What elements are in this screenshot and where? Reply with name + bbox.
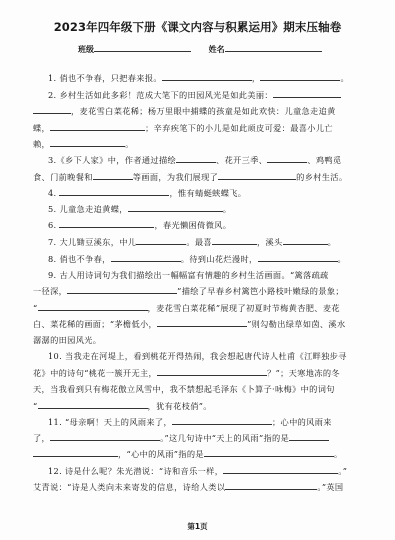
answer-blank[interactable] (258, 253, 338, 262)
question-text: 11. “母亲啊！天上的风雨来了， (48, 417, 172, 427)
question-text: 。 (223, 204, 232, 214)
question-text: 。 (125, 139, 134, 149)
question-text: 8. 俏也不争春， (48, 254, 111, 264)
question-line: 花》中的诗句“桃花一簇开无主，？”；天寒地冻的冬 (33, 367, 363, 379)
name-label: 姓名 (209, 44, 225, 55)
answer-blank[interactable] (225, 481, 317, 490)
question-line: ，“心中的风雨”指的是。 (33, 448, 363, 460)
answer-blank[interactable] (59, 219, 154, 228)
question-text: ，惟有蜻蜓蛱蝶飞。 (169, 188, 246, 198)
answer-blank[interactable] (128, 203, 223, 212)
question-text: 、花开三季、 (216, 155, 267, 165)
question-text: 2. 乡村生活如此多彩！范成大笔下的田园风光是如此美丽： (48, 90, 273, 100)
question-line: 10. 当我走在河堤上，看到桃花开得热闹，我会想起唐代诗人杜甫《江畔独步寻 (48, 350, 378, 362)
answer-blank[interactable] (38, 400, 148, 409)
question-text: 6. (48, 220, 59, 230)
class-label: 班级 (78, 44, 94, 55)
answer-blank[interactable] (67, 285, 177, 294)
question-text: 食、门前晚餐和 (33, 172, 93, 182)
answer-blank[interactable] (33, 105, 71, 114)
question-line: 6. ，春光懒困倚微风。 (48, 219, 378, 231)
answer-blank[interactable] (111, 253, 181, 262)
question-line: “，犹有花枝俏”。 (33, 400, 363, 412)
question-text: 花》中的诗句“桃花一簇开无主， (33, 368, 157, 378)
question-text: ，麦花雪白菜花稀；杨万里眼中捕蝶的孩童是如此欢快：儿童急走追黄 (71, 106, 336, 116)
question-line: 4. ，惟有蜻蜓蛱蝶飞。 (48, 187, 378, 199)
answer-blank[interactable] (157, 367, 267, 376)
question-text: 的乡村生活。 (296, 172, 347, 182)
question-text: 1. 俏也不争春，只把春来报。 (48, 73, 162, 83)
answer-blank[interactable] (172, 416, 272, 425)
question-line: 3.《乡下人家》中，作者通过描绘、花开三季、、鸡鸭觅 (48, 154, 378, 166)
question-text: 12. 诗是什么呢？朱光潜说：“诗和音乐一样， (48, 466, 223, 476)
answer-blank[interactable] (273, 89, 341, 98)
question-line: 食、门前晚餐和等画面，为我们展现了的乡村生活。 (33, 171, 363, 183)
class-field[interactable] (94, 42, 191, 52)
question-text: ， (252, 73, 261, 83)
question-text: 潺潺的田园风光。 (33, 335, 101, 345)
student-info: 班级 姓名 (78, 42, 322, 55)
answer-blank[interactable] (157, 318, 247, 327)
question-text: 7. 大儿锄豆溪东，中儿 (48, 237, 136, 247)
question-line: 赖，。 (33, 138, 363, 150)
question-text: 等画面，为我们展现了 (133, 172, 218, 182)
question-text: ，麦花雪白菜花稀”展现了初夏时节梅黄杏肥、麦花 (148, 303, 340, 313)
question-line: 11. “母亲啊！天上的风雨来了，；心中的风雨来 (48, 416, 378, 428)
exam-page: 2023年四年级下册《课文内容与积累运用》期末压轴卷 班级 姓名 1. 俏也不争… (0, 0, 395, 540)
question-line: 天，当我看到只有梅花傲立风雪中，我不禁想起毛泽东《卜算子·咏梅》中的词句 (33, 383, 363, 395)
page-number: 第1页 (0, 521, 395, 532)
question-text: 赖， (33, 139, 50, 149)
answer-blank[interactable] (176, 154, 216, 163)
answer-blank[interactable] (93, 171, 133, 180)
question-text: 。” (338, 466, 347, 476)
question-text: 蝶， (33, 123, 50, 133)
question-line: 蝶，；辛弃疾笔下的小儿是如此顽皮可爱：最喜小儿亡 (33, 122, 363, 134)
question-text: 了， (33, 433, 50, 443)
answer-blank[interactable] (289, 432, 329, 441)
question-text: ；辛弃疾笔下的小儿是如此顽皮可爱：最喜小儿亡 (145, 123, 333, 133)
answer-blank[interactable] (260, 72, 340, 81)
question-line: 7. 大儿锄豆溪东，中儿。最喜，溪头。 (48, 236, 378, 248)
question-text: 。 (340, 73, 349, 83)
question-text: 、鸡鸭觅 (307, 155, 341, 165)
question-line: 一径深，”描绘了早春乡村篱笆小路枝叶嫩绿的景象； (33, 285, 363, 297)
question-text: 。 (334, 449, 343, 459)
question-line: 5. 儿童急走追黄蝶，。 (48, 203, 378, 215)
answer-blank[interactable] (38, 302, 148, 311)
question-text: 。”英国 (317, 482, 343, 492)
question-line: 白、菜花稀的画面；“茅檐低小，”则勾勒出绿草如茵、溪水 (33, 318, 363, 330)
question-line: 9. 古人用诗词句为我们描绘出一幅幅富有情趣的乡村生活画面。“篱落疏疏 (48, 269, 378, 281)
question-line: 1. 俏也不争春，只把春来报。，。 (48, 72, 378, 84)
page-title: 2023年四年级下册《课文内容与积累运用》期末压轴卷 (0, 19, 395, 35)
question-line: “，麦花雪白菜花稀”展现了初夏时节梅黄杏肥、麦花 (33, 302, 363, 314)
question-text: 天，当我看到只有梅花傲立风雪中，我不禁想起毛泽东《卜算子·咏梅》中的词句 (33, 384, 335, 394)
question-text: 艾青说：“诗是人类向未来寄发的信息，诗给人类以 (33, 482, 225, 492)
question-line: ，麦花雪白菜花稀；杨万里眼中捕蝶的孩童是如此欢快：儿童急走追黄 (33, 105, 363, 117)
question-text: 4. (48, 188, 59, 198)
question-text: 9. 古人用诗词句为我们描绘出一幅幅富有情趣的乡村生活画面。“篱落疏疏 (48, 270, 329, 280)
answer-blank[interactable] (50, 138, 125, 147)
question-text: 。 (338, 254, 347, 264)
answer-blank[interactable] (162, 72, 252, 81)
answer-blank[interactable] (212, 236, 257, 245)
question-text: 。 (328, 237, 337, 247)
question-text: ；心中的风雨来 (272, 417, 332, 427)
answer-blank[interactable] (59, 187, 169, 196)
question-line: 12. 诗是什么呢？朱光潜说：“诗和音乐一样，。” (48, 465, 378, 477)
question-text: 一径深， (33, 286, 67, 296)
answer-blank[interactable] (204, 448, 334, 457)
question-line: 潺潺的田园风光。 (33, 334, 363, 346)
answer-blank[interactable] (223, 465, 338, 474)
answer-blank[interactable] (50, 122, 145, 131)
question-text: ”则勾勒出绿草如茵、溪水 (247, 319, 345, 329)
question-text: ，“心中的风雨”指的是 (118, 449, 204, 459)
question-text: ，春光懒困倚微风。 (154, 220, 231, 230)
question-text: ，溪头 (257, 237, 283, 247)
question-line: 2. 乡村生活如此多彩！范成大笔下的田园风光是如此美丽： (48, 89, 378, 101)
question-text: ”描绘了早春乡村篱笆小路枝叶嫩绿的景象； (177, 286, 344, 296)
name-field[interactable] (225, 42, 322, 52)
answer-blank[interactable] (283, 236, 328, 245)
question-text: 10. 当我走在河堤上，看到桃花开得热闹，我会想起唐代诗人杜甫《江畔独步寻 (48, 351, 347, 361)
answer-blank[interactable] (136, 236, 186, 245)
question-text: 3.《乡下人家》中，作者通过描绘 (48, 155, 176, 165)
answer-blank[interactable] (267, 154, 307, 163)
question-line: 艾青说：“诗是人类向未来寄发的信息，诗给人类以。”英国 (33, 481, 363, 493)
question-text: 。”这几句诗中“天上的风雨”指的是 (160, 433, 289, 443)
answer-blank[interactable] (50, 432, 160, 441)
question-text: 。最喜 (186, 237, 212, 247)
question-text: 白、菜花稀的画面；“茅檐低小， (33, 319, 157, 329)
question-text: ？”；天寒地冻的冬 (267, 368, 340, 378)
answer-blank[interactable] (218, 171, 296, 180)
answer-blank[interactable] (33, 448, 118, 457)
question-line: 8. 俏也不争春，。待到山花烂漫时，。 (48, 253, 378, 265)
question-text: ，犹有花枝俏”。 (148, 401, 212, 411)
question-line: 了，。”这几句诗中“天上的风雨”指的是 (33, 432, 363, 444)
question-text: 5. 儿童急走追黄蝶， (48, 204, 128, 214)
question-text: 。待到山花烂漫时， (181, 254, 258, 264)
